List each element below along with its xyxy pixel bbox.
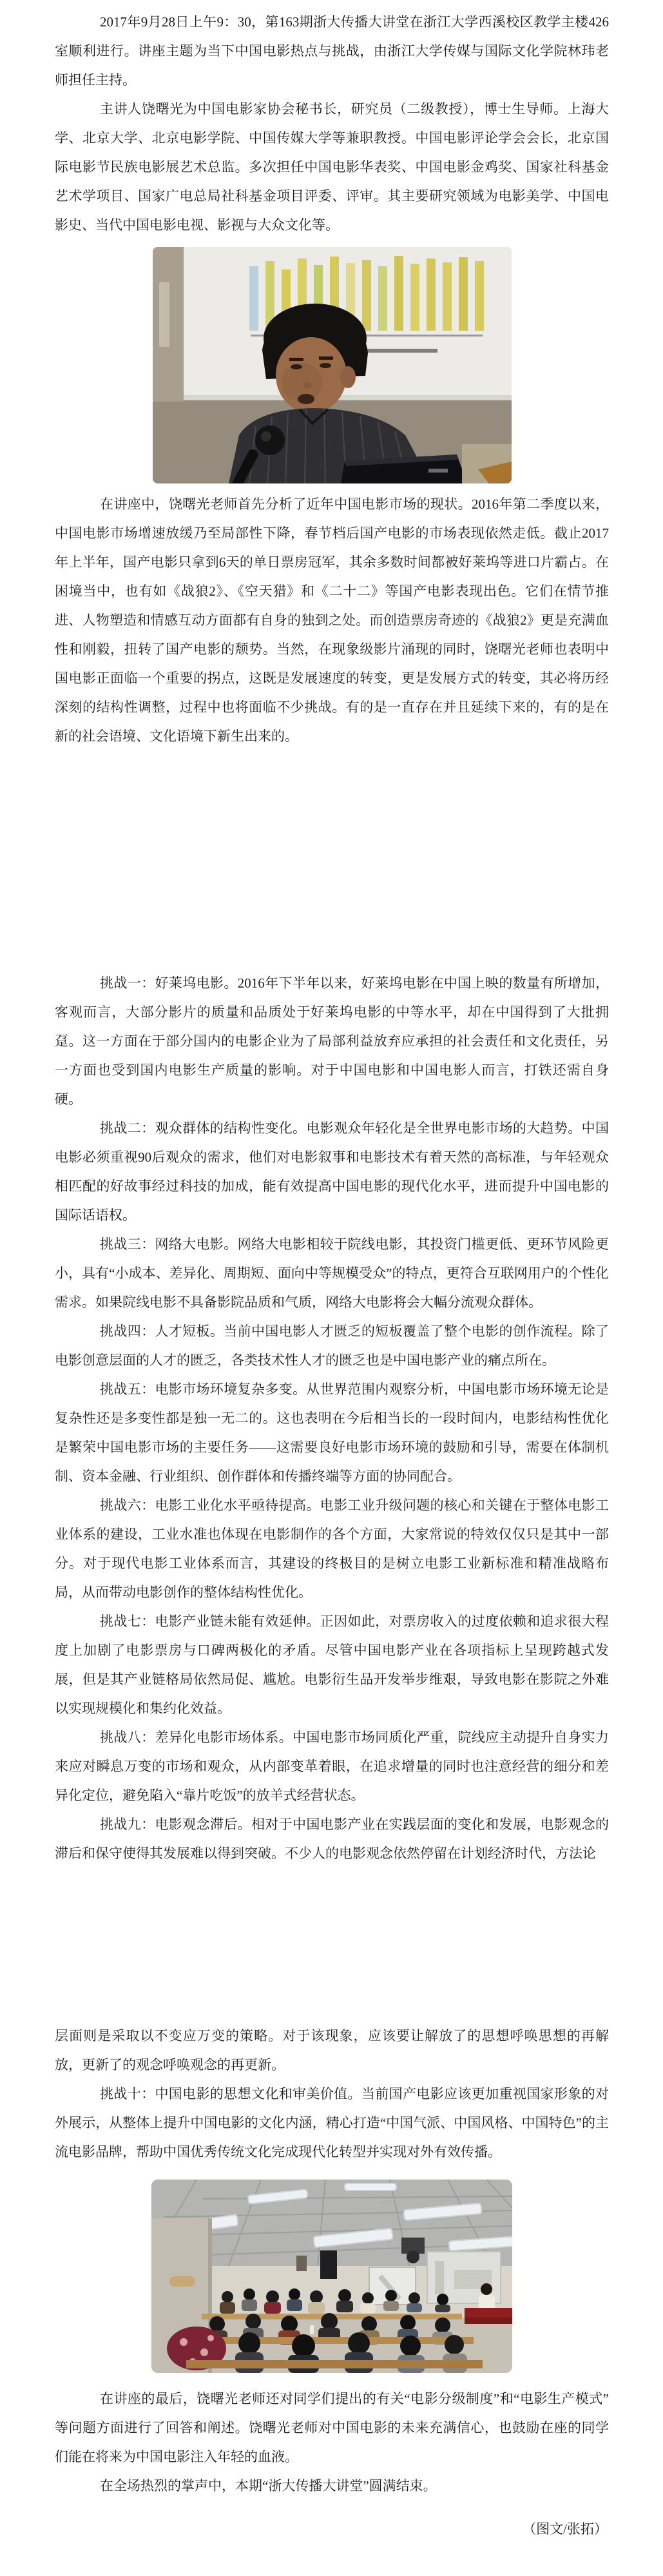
- challenge-1-paragraph: 挑战一：好莱坞电影。2016年下半年以来，好莱坞电影在中国上映的数量有所增加，客…: [55, 969, 609, 1114]
- classroom-photo: [151, 2180, 512, 2373]
- page-break-spacer: [55, 751, 609, 969]
- challenge-8-paragraph: 挑战八：差异化电影市场体系。中国电影市场同质化严重，院线应主动提升自身实力来应对…: [55, 1723, 609, 1810]
- article-page: 2017年9月28日上午9：30，第163期浙大传播大讲堂在浙江大学西溪校区教学…: [0, 0, 663, 2576]
- page-break-spacer: [55, 1868, 609, 2022]
- challenge-2-paragraph: 挑战二：观众群体的结构性变化。电影观众年轻化是全世界电影市场的大趋势。中国电影必…: [55, 1114, 609, 1230]
- intro-paragraph: 2017年9月28日上午9：30，第163期浙大传播大讲堂在浙江大学西溪校区教学…: [55, 8, 609, 95]
- challenge-5-paragraph: 挑战五：电影市场环境复杂多变。从世界范围内观察分析，中国电影市场环境无论是复杂性…: [55, 1375, 609, 1491]
- speaker-photo: [153, 247, 512, 483]
- challenge-7-paragraph: 挑战七：电影产业链未能有效延伸。正因如此，对票房收入的过度依赖和追求很大程度上加…: [55, 1607, 609, 1723]
- wall-speaker: [320, 2250, 337, 2279]
- challenge-9-paragraph: 挑战九：电影观念滞后。相对于中国电影产业在实践层面的变化和发展，电影观念的滞后和…: [55, 1810, 609, 1868]
- challenge-9-continued-paragraph: 层面则是采取以不变应万变的策略。对于该现象，应该要让解放了的思想呼唤思想的再解放…: [55, 2022, 609, 2080]
- challenge-4-paragraph: 挑战四：人才短板。当前中国电影人才匮乏的短板覆盖了整个电影的创作流程。除了电影创…: [55, 1317, 609, 1375]
- credit-line: （图文/张拓）: [55, 2515, 608, 2544]
- closing-qa-paragraph: 在讲座的最后，饶曙光老师还对同学们提出的有关“电影分级制度”和“电影生产模式”等…: [55, 2385, 609, 2472]
- applause-paragraph: 在全场热烈的掌声中，本期“浙大传播大讲堂”圆满结束。: [55, 2472, 609, 2501]
- challenge-10-paragraph: 挑战十：中国电影的思想文化和审美价值。当前国产电影应该更加重视国家形象的对外展示…: [55, 2080, 609, 2167]
- challenge-6-paragraph: 挑战六：电影工业化水平亟待提高。电影工业升级问题的核心和关键在于整体电影工业体系…: [55, 1491, 609, 1607]
- head-table: [465, 2308, 512, 2324]
- speaker-bio-paragraph: 主讲人饶曙光为中国电影家协会秘书长，研究员（二级教授），博士生导师。上海大学、北…: [55, 95, 609, 240]
- market-analysis-paragraph: 在讲座中，饶曙光老师首先分析了近年中国电影市场的现状。2016年第二季度以来，中…: [55, 490, 609, 751]
- challenge-3-paragraph: 挑战三：网络大电影。网络大电影相较于院线电影，其投资门槛更低、更环节风险更小，具…: [55, 1230, 609, 1317]
